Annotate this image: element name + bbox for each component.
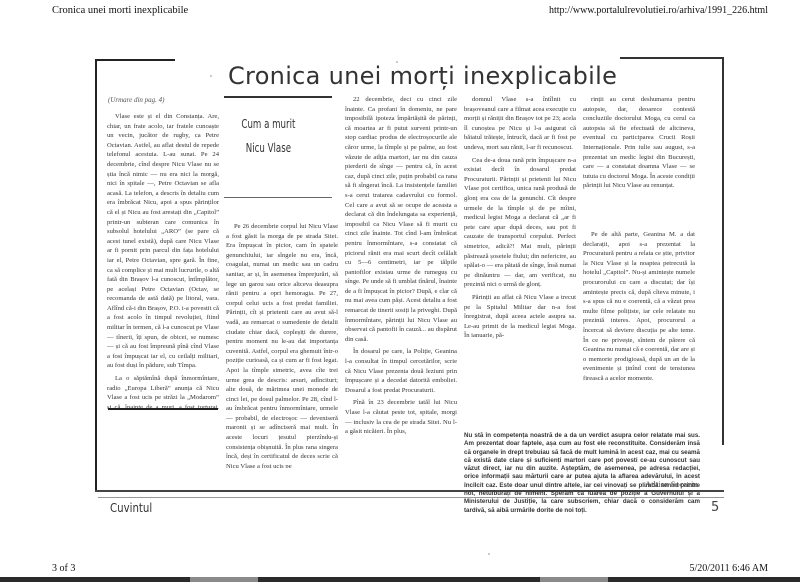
column-paragraph: domnul Vlase s-a întîlnit cu brașoveanul…: [464, 95, 576, 153]
column-paragraph: Vlase este și el din Constanța. Are, chi…: [107, 112, 219, 371]
scan-speck: [488, 553, 490, 555]
subheadline-rule-bottom: [224, 197, 332, 198]
print-footer-timestamp: 5/20/2011 6:46 AM: [689, 563, 768, 574]
scan-speck: [210, 75, 212, 77]
column-paragraph: rinții au cerut deshumarea pentru autops…: [583, 95, 695, 191]
clipping-border-left: [95, 59, 97, 491]
article-headline: Cronica unei morți inexplicabile: [228, 62, 617, 90]
column-paragraph: Pînă în 23 decembrie tatăl lui Nicu Vlas…: [345, 398, 457, 436]
column-end-rule: [108, 408, 218, 410]
print-footer-page-indicator: 3 of 3: [52, 563, 75, 574]
subheadline-line-2: Nicu Vlase: [236, 136, 301, 160]
column-paragraph: 22 decembrie, deci cu cinci zile înainte…: [345, 95, 457, 344]
column-paragraph: Părinții au aflat că Nicu Vlase a trecut…: [464, 293, 576, 341]
column-paragraph: Pe 26 decembrie corpul lui Nicu Vlase a …: [226, 222, 338, 468]
article-column-5-continued: Pe de altă parte, Geanina M. a dat decla…: [583, 230, 695, 430]
article-column-1: Vlase este și el din Constanța. Are, chi…: [107, 112, 219, 412]
subheadline-rule-top: [224, 96, 332, 98]
column-paragraph: În dosarul pe care, la Poliție, Geanina …: [345, 347, 457, 395]
author-byline: Adrian Socaciu: [645, 479, 698, 489]
article-column-3: 22 decembrie, deci cu cinci zile înainte…: [345, 95, 457, 460]
column-paragraph: Pe de altă parte, Geanina M. a dat decla…: [583, 230, 695, 384]
scan-speck: [396, 61, 398, 63]
article-column-4-continued: Părinții au aflat că Nicu Vlase a trecut…: [464, 293, 576, 423]
scan-edge-segment: [190, 577, 258, 582]
article-column-2: Pe 26 decembrie corpul lui Nicu Vlase a …: [226, 222, 338, 468]
scan-edge-segment: [540, 577, 608, 582]
clipping-border-right: [722, 57, 724, 445]
column-paragraph: Cea de-a doua rană prin împușcare n-a ex…: [464, 156, 576, 290]
print-header-url: http://www.portalulrevolutiei.ro/arhiva/…: [549, 5, 768, 16]
article-subheadline: Cum a murit Nicu Vlase: [236, 112, 301, 160]
newspaper-page-number: 5: [711, 500, 719, 515]
editorial-note: Nu stă în competența noastră de a da un …: [464, 432, 700, 515]
clipping-border-top-right: [620, 57, 724, 59]
clipping-border-top-left: [95, 59, 175, 61]
newspaper-masthead: Cuvintul: [110, 501, 152, 515]
continued-from-note: (Urmare din pag. 4): [108, 96, 165, 104]
column-paragraph: La o săptămînă după înmormîntare, radio …: [107, 374, 219, 412]
subheadline-line-1: Cum a murit: [236, 112, 301, 136]
print-header-title: Cronica unei morti inexplicabile: [52, 5, 188, 16]
scan-bottom-edge: [0, 577, 800, 582]
